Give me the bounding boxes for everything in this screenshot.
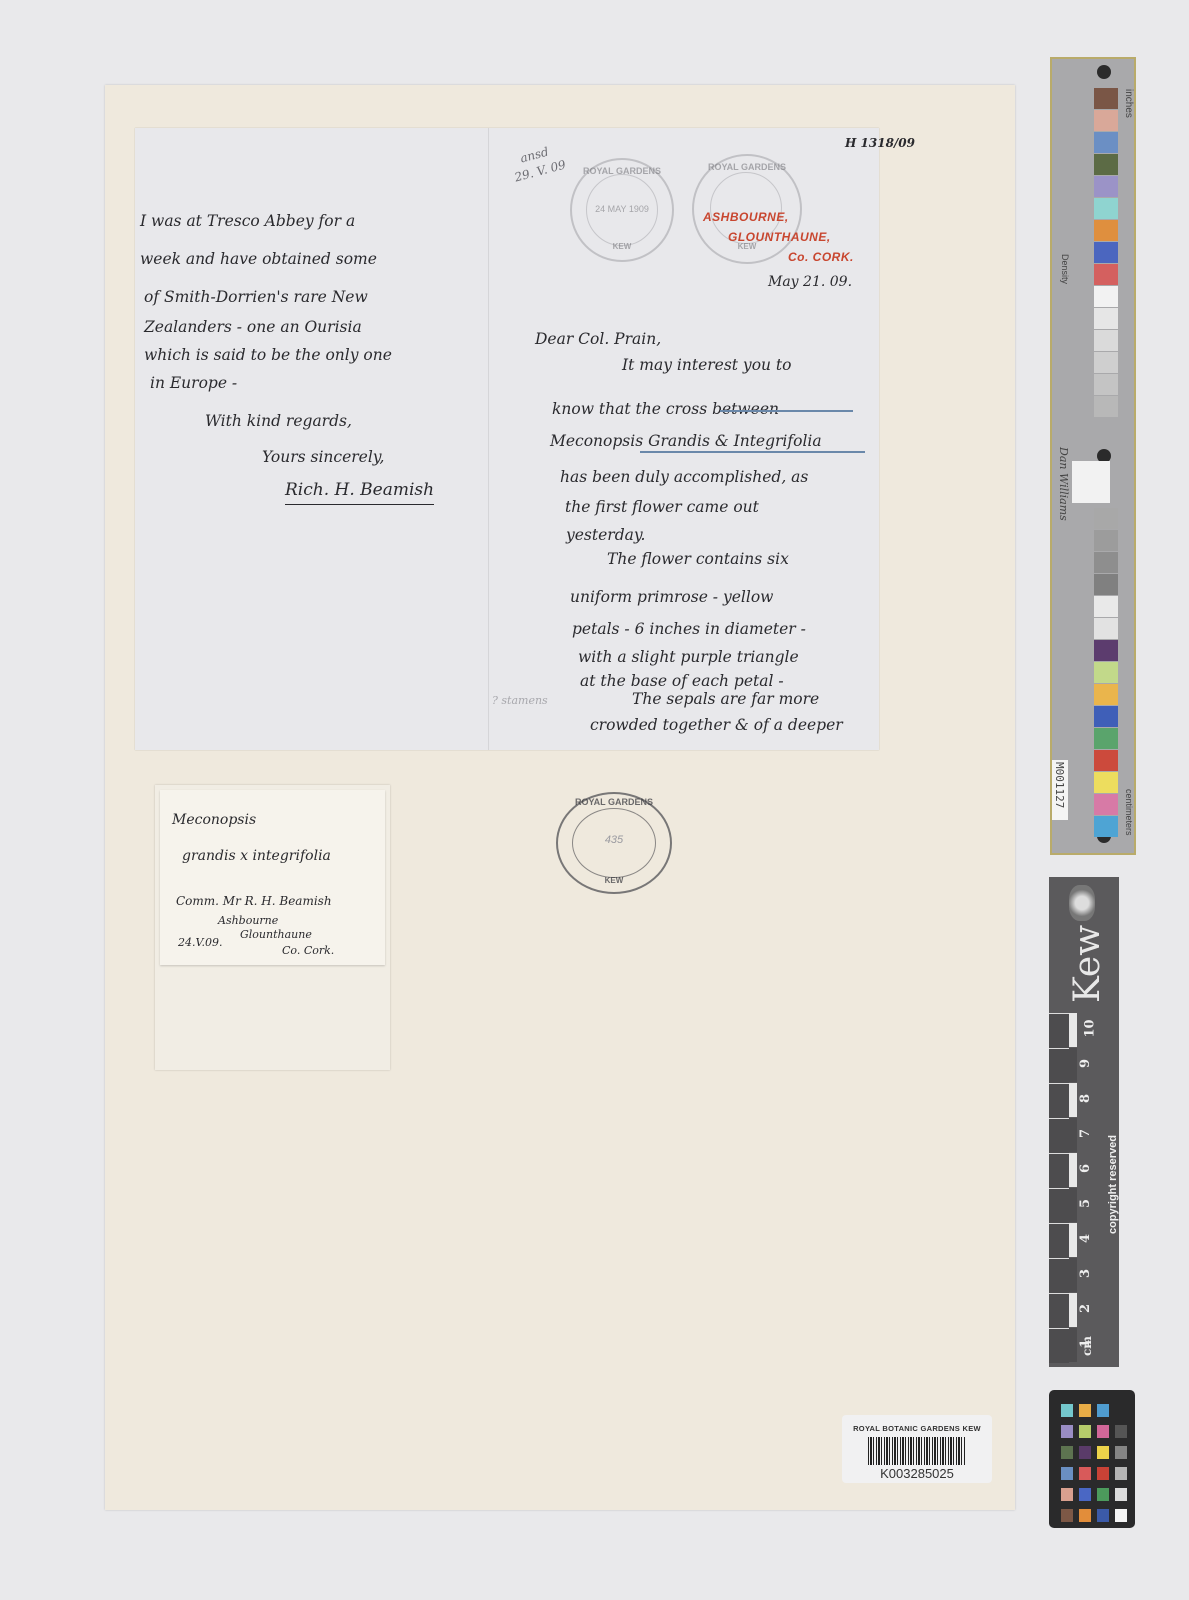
second-stamp: ROYAL GARDENS KEW	[692, 154, 802, 264]
letter-right-line: has been duly accomplished, as	[560, 468, 808, 486]
scale-block	[1049, 1153, 1069, 1188]
scale-block	[1069, 1153, 1077, 1187]
ruler-swatch	[1094, 596, 1118, 617]
stamp-bottom-text: KEW	[572, 242, 672, 251]
color-chip	[1061, 1488, 1073, 1501]
color-chip	[1115, 1446, 1127, 1459]
color-chip	[1079, 1404, 1091, 1417]
stamp-date: 24 MAY 1909	[572, 204, 672, 214]
stamp-bottom-text: KEW	[558, 876, 670, 885]
scale-number: 8	[1078, 1094, 1093, 1103]
stamp-ring-text: ROYAL GARDENS	[558, 797, 670, 807]
scale-block	[1049, 1258, 1069, 1293]
packet-locality: Co. Cork.	[282, 944, 334, 957]
registration-number: H 1318/09	[845, 136, 915, 150]
color-chip	[1079, 1488, 1091, 1501]
scale-block	[1049, 1013, 1069, 1048]
ruler-swatch	[1094, 706, 1118, 727]
ruler-swatch	[1094, 198, 1118, 219]
ruler-swatch	[1094, 574, 1118, 595]
kew-brand: Kew	[1067, 925, 1108, 1003]
blue-underline	[640, 451, 865, 453]
ruler-swatch	[1094, 772, 1118, 793]
ruler-swatch	[1094, 110, 1118, 131]
ruler-swatch	[1094, 176, 1118, 197]
letter-right-line: It may interest you to	[622, 356, 792, 374]
color-chip	[1115, 1425, 1127, 1438]
ruler-swatch	[1094, 374, 1118, 395]
letter-right-line: at the base of each petal -	[580, 672, 784, 690]
scale-block	[1069, 1013, 1077, 1047]
color-chip	[1061, 1404, 1073, 1417]
letterhead-line: GLOUNTHAUNE,	[728, 230, 831, 244]
ruler-inches-label: inches	[1123, 89, 1134, 118]
color-chip	[1115, 1467, 1127, 1480]
ruler-brand: Dan Williams	[1057, 447, 1070, 521]
scale-number: 2	[1078, 1304, 1093, 1313]
letter-left-line: which is said to be the only one	[144, 346, 392, 364]
ruler-swatch	[1094, 618, 1118, 639]
ruler-swatch	[1094, 662, 1118, 683]
received-stamp: ROYAL GARDENS 24 MAY 1909 KEW	[570, 158, 674, 262]
ruler-swatch	[1094, 508, 1118, 529]
letter-fold-line	[488, 128, 489, 750]
packet-locality: Glounthaune	[240, 928, 312, 941]
scale-block	[1069, 1083, 1077, 1117]
letter-left-line: Zealanders - one an Ourisia	[144, 318, 362, 336]
scale-number: 10	[1083, 1019, 1098, 1037]
color-chip	[1115, 1488, 1127, 1501]
scale-block	[1069, 1328, 1077, 1362]
scale-block	[1069, 1048, 1077, 1082]
letter-right-line: yesterday.	[566, 526, 645, 544]
scale-number: 3	[1078, 1269, 1093, 1278]
sheet-stamp: ROYAL GARDENS 435 KEW	[556, 792, 672, 894]
ruler-swatch	[1094, 220, 1118, 241]
ruler-swatch	[1094, 816, 1118, 837]
ruler-swatch	[1094, 352, 1118, 373]
scale-number: 4	[1078, 1234, 1093, 1243]
ruler-swatch	[1094, 286, 1118, 307]
ruler-swatch	[1094, 530, 1118, 551]
color-ruler: inches Density Dan Williams centimeters	[1050, 57, 1136, 855]
letterhead-line: Co. CORK.	[788, 250, 854, 264]
letter-left-line: week and have obtained some	[140, 250, 377, 268]
letter-right-line: with a slight purple triangle	[578, 648, 799, 666]
blue-underline	[720, 410, 853, 412]
color-chip	[1061, 1446, 1073, 1459]
letter-right-line: petals - 6 inches in diameter -	[572, 620, 806, 638]
letter-left-line: I was at Tresco Abbey for a	[140, 212, 355, 230]
ruler-id-text: M001127	[1053, 762, 1066, 808]
scale-block	[1049, 1223, 1069, 1258]
color-chip	[1079, 1425, 1091, 1438]
letter-right-line: crowded together & of a deeper	[590, 716, 843, 734]
barcode-label: ROYAL BOTANIC GARDENS KEW K003285025	[842, 1415, 992, 1483]
ruler-density-label: Density	[1060, 254, 1070, 284]
barcode	[868, 1437, 966, 1465]
letter-right-line: The sepals are far more	[632, 690, 819, 708]
packet-collector: Comm. Mr R. H. Beamish	[176, 894, 332, 908]
scale-number: 6	[1078, 1164, 1093, 1173]
scale-block	[1069, 1223, 1077, 1257]
kew-copyright: copyright reserved	[1107, 1135, 1119, 1234]
packet-genus: Meconopsis	[172, 812, 256, 828]
color-chip	[1079, 1446, 1091, 1459]
margin-note: ? stamens	[492, 694, 548, 707]
ruler-swatch	[1094, 242, 1118, 263]
color-chip	[1079, 1467, 1091, 1480]
packet-locality: Ashbourne	[218, 914, 278, 927]
stamp-number: 435	[558, 834, 670, 846]
kew-scale-bar: Kew copyright reserved 10987654321 cm	[1049, 877, 1119, 1367]
ruler-swatch	[1094, 396, 1118, 417]
ruler-swatch	[1094, 794, 1118, 815]
color-chip	[1115, 1404, 1127, 1417]
scale-block	[1069, 1258, 1077, 1292]
letter-salutation: Dear Col. Prain,	[535, 330, 661, 348]
barcode-number: K003285025	[842, 1467, 992, 1480]
color-chip	[1079, 1509, 1091, 1522]
letter-closing: Yours sincerely,	[262, 448, 384, 466]
letter-right-line: know that the cross between	[552, 400, 779, 418]
stamp-ring-text: ROYAL GARDENS	[572, 166, 672, 176]
letter-right-line: the first flower came out	[565, 498, 759, 516]
scale-block	[1049, 1118, 1069, 1153]
ruler-swatch	[1094, 330, 1118, 351]
scale-number: 7	[1078, 1129, 1093, 1138]
barcode-title: ROYAL BOTANIC GARDENS KEW	[842, 1424, 992, 1433]
color-chip	[1061, 1425, 1073, 1438]
scale-number: 9	[1078, 1059, 1093, 1068]
color-chip	[1061, 1509, 1073, 1522]
letter-right-line: Meconopsis Grandis & Integrifolia	[550, 432, 822, 450]
ruler-swatch	[1094, 88, 1118, 109]
color-chip	[1097, 1404, 1109, 1417]
scale-block	[1049, 1048, 1069, 1083]
color-chip	[1097, 1488, 1109, 1501]
kew-crest-icon	[1069, 885, 1095, 921]
letter-right-line: uniform primrose - yellow	[570, 588, 773, 606]
ruler-swatch	[1094, 264, 1118, 285]
ruler-swatch	[1094, 552, 1118, 573]
ruler-swatch	[1094, 132, 1118, 153]
color-checker	[1049, 1390, 1135, 1528]
scale-block	[1049, 1328, 1069, 1363]
scale-block	[1069, 1118, 1077, 1152]
scale-block	[1069, 1188, 1077, 1222]
ruler-target	[1072, 461, 1110, 503]
packet-species: grandis x integrifolia	[182, 848, 331, 864]
letter-signature: Rich. H. Beamish	[285, 480, 434, 505]
color-chip	[1061, 1467, 1073, 1480]
letterhead-line: ASHBOURNE,	[703, 210, 789, 224]
letter-closing: With kind regards,	[205, 412, 352, 430]
letter-date: May 21. 09.	[768, 274, 852, 290]
ruler-id: M001127	[1052, 760, 1068, 820]
ruler-swatch	[1094, 154, 1118, 175]
packet-date: 24.V.09.	[178, 936, 223, 949]
scale-block	[1049, 1083, 1069, 1118]
color-chip	[1097, 1425, 1109, 1438]
letter-right-line: The flower contains six	[607, 550, 789, 568]
scale-block	[1049, 1188, 1069, 1223]
ruler-swatch	[1094, 750, 1118, 771]
ruler-centimeters-label: centimeters	[1124, 789, 1134, 836]
ruler-swatch	[1094, 684, 1118, 705]
color-chip	[1097, 1446, 1109, 1459]
ruler-hole-icon	[1097, 65, 1111, 79]
ruler-swatch	[1094, 308, 1118, 329]
scale-block	[1069, 1293, 1077, 1327]
letter-left-line: of Smith-Dorrien's rare New	[144, 288, 368, 306]
scale-number: 5	[1078, 1199, 1093, 1208]
stamp-ring-text: ROYAL GARDENS	[694, 162, 800, 172]
color-chip	[1097, 1467, 1109, 1480]
kew-unit: cm	[1080, 1336, 1094, 1356]
scale-block	[1049, 1293, 1069, 1328]
ruler-swatch	[1094, 640, 1118, 661]
ruler-swatch	[1094, 728, 1118, 749]
color-chip	[1097, 1509, 1109, 1522]
color-chip	[1115, 1509, 1127, 1522]
letter-left-line: in Europe -	[150, 374, 237, 392]
